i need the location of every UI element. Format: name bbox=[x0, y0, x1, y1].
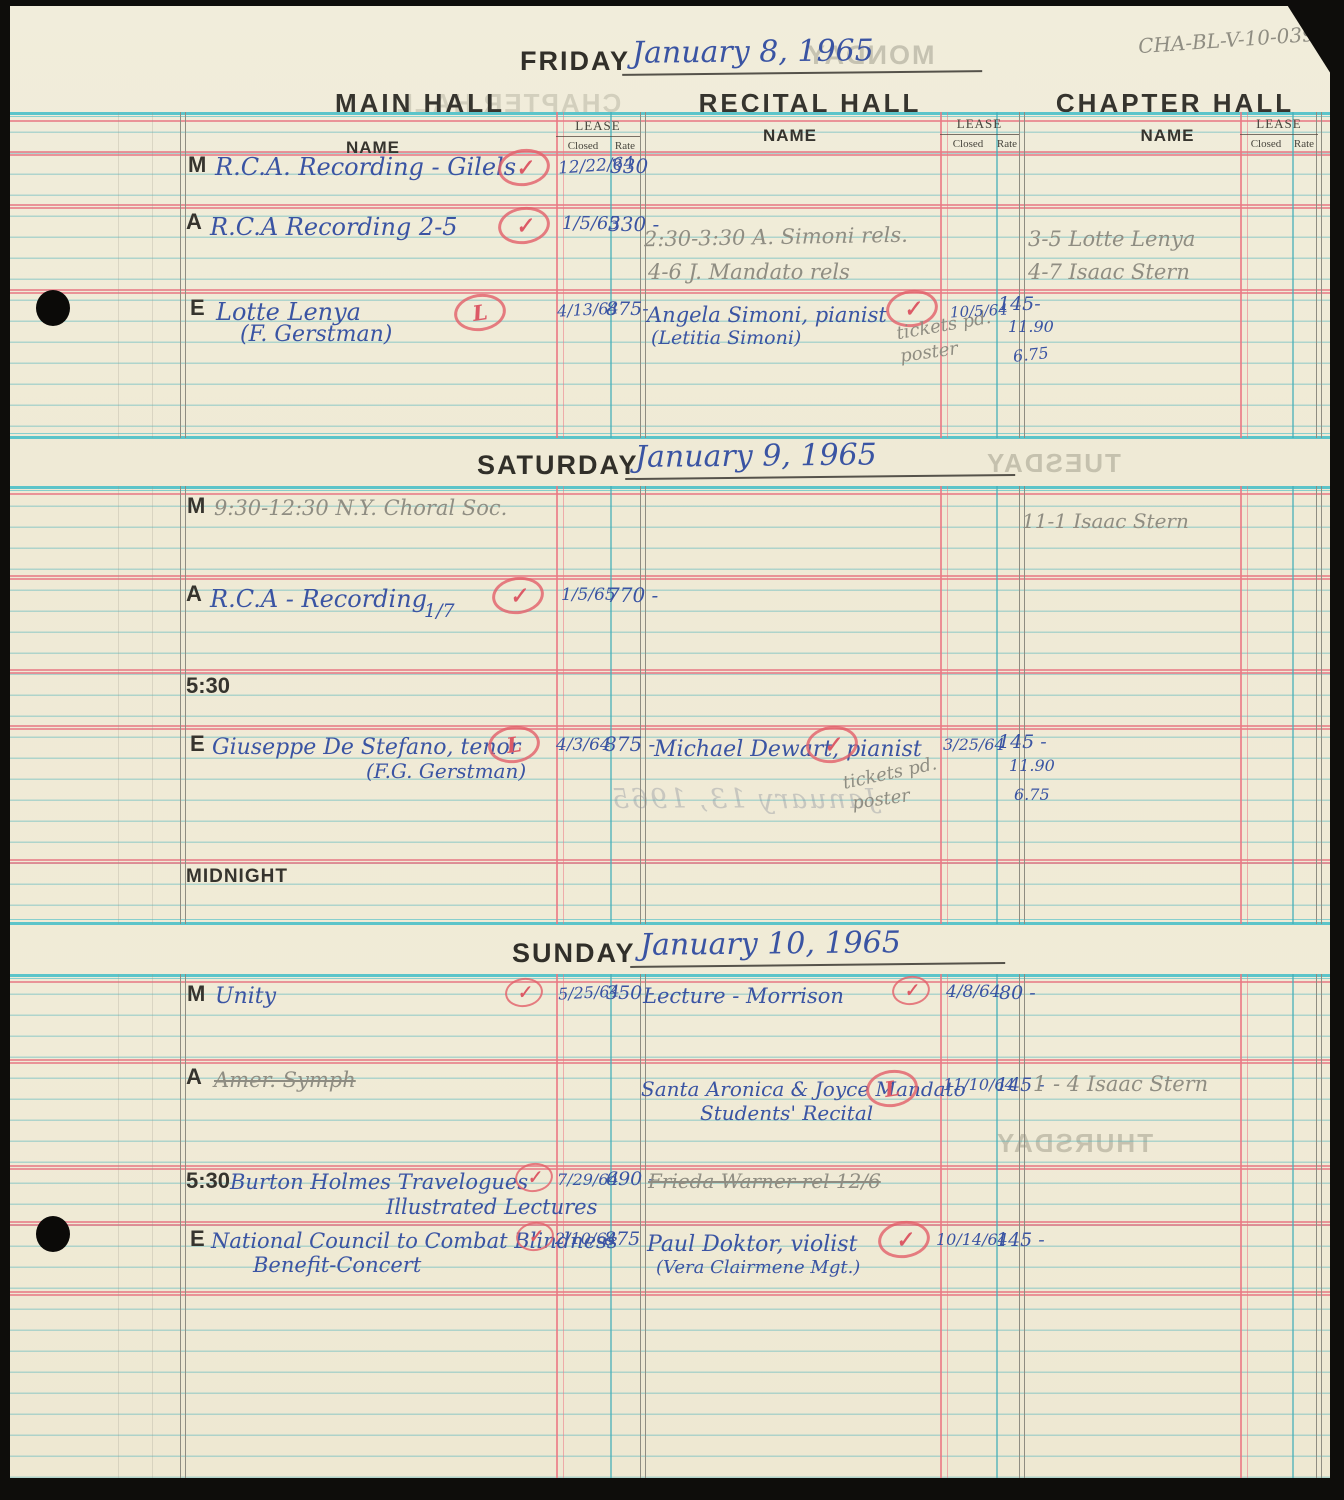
lease-column-header: LEASE bbox=[556, 118, 640, 134]
column-line bbox=[180, 486, 186, 924]
booking-entry-recital: (Vera Clairmene Mgt.) bbox=[656, 1257, 860, 1278]
booking-entry-recital: Michael Dewart, pianist bbox=[654, 737, 922, 762]
booking-entry-recital: Angela Simoni, pianist bbox=[647, 303, 887, 327]
column-line bbox=[610, 486, 612, 924]
booking-entry-main: (F. Gerstman) bbox=[240, 322, 392, 347]
booking-entry-main: Burton Holmes Travelogues bbox=[230, 1170, 528, 1194]
mark-glyph: ✓ bbox=[894, 1226, 915, 1253]
booking-entry-main: (F.G. Gerstman) bbox=[366, 759, 526, 783]
ledger-paper: MONDAY CHAPTER HALL TUESDAY January 13, … bbox=[10, 6, 1330, 1478]
booking-entry-main: Giuseppe De Stefano, tenor bbox=[212, 735, 520, 760]
lease-closed-date: 3/25/64 bbox=[943, 735, 1005, 754]
punch-hole bbox=[36, 290, 70, 326]
rate-column-header: Rate bbox=[610, 140, 640, 152]
closed-column-header: Closed bbox=[940, 138, 996, 150]
lease-closed-date: 4/3/64 bbox=[556, 735, 611, 755]
booking-entry-recital: 2:30-3:30 A. Simoni rels. bbox=[644, 223, 908, 252]
column-line bbox=[940, 486, 948, 924]
lease-rate: 770 - bbox=[607, 583, 658, 607]
column-line bbox=[1316, 486, 1322, 924]
booking-entry-chapter: 11-1 Isaac Stern bbox=[1022, 509, 1189, 533]
column-line bbox=[1019, 112, 1025, 438]
lease-column-header: LEASE bbox=[1240, 116, 1318, 132]
column-line bbox=[640, 486, 646, 924]
lease-rate: 875- bbox=[606, 298, 649, 320]
rate-addition: 6.75 bbox=[1014, 785, 1050, 804]
booking-entry-main: R.C.A Recording 2-5 bbox=[210, 213, 458, 241]
day-label-saturday: SATURDAY bbox=[477, 450, 639, 481]
mark-glyph: ✓ bbox=[527, 1226, 544, 1248]
lease-rate: 875 bbox=[604, 1228, 640, 1250]
ghost-column-line bbox=[152, 112, 153, 438]
saturday-columns bbox=[10, 486, 1330, 924]
booking-entry-main: 9:30-12:30 N.Y. Choral Soc. bbox=[214, 496, 507, 520]
booking-entry-chapter: 4-7 Isaac Stern bbox=[1028, 260, 1190, 284]
row-time-label: M bbox=[188, 152, 206, 178]
lease-rate: 80 - bbox=[999, 982, 1036, 1004]
ghost-column-line bbox=[118, 112, 119, 438]
lease-rate: 145 - bbox=[998, 731, 1047, 753]
column-line bbox=[1316, 974, 1322, 1478]
lease-rate: 145 - bbox=[996, 1229, 1045, 1251]
day-label-friday: FRIDAY bbox=[520, 46, 630, 77]
mark-glyph: L bbox=[505, 731, 523, 758]
row-time-label: E bbox=[190, 295, 205, 321]
rate-addition: 11.90 bbox=[1009, 756, 1055, 775]
column-line bbox=[1292, 112, 1294, 438]
sunday-columns bbox=[10, 974, 1330, 1478]
booking-entry-main: Benefit-Concert bbox=[253, 1253, 421, 1277]
column-line bbox=[996, 486, 998, 924]
column-line bbox=[940, 974, 948, 1478]
torn-corner bbox=[1284, 0, 1336, 82]
booking-entry-main: Unity bbox=[215, 984, 276, 1009]
column-line bbox=[1019, 486, 1025, 924]
row-time-label: A bbox=[186, 209, 202, 235]
booking-entry-main: Illustrated Lectures bbox=[386, 1195, 597, 1219]
day-label-sunday: SUNDAY bbox=[512, 938, 636, 969]
rate-addition: 11.90 bbox=[1008, 317, 1054, 336]
booking-entry-recital: Lecture - Morrison bbox=[643, 984, 844, 1008]
column-line bbox=[556, 486, 564, 924]
booking-entry-chapter: 1 - 4 Isaac Stern bbox=[1033, 1072, 1208, 1096]
booking-entry-main: R.C.A - Recording bbox=[210, 585, 427, 613]
row-time-label: M bbox=[187, 981, 205, 1007]
lease-column-header: LEASE bbox=[940, 116, 1019, 132]
strikethrough-entry-main: Amer. Symph bbox=[214, 1068, 356, 1092]
ghost-column-line bbox=[152, 974, 153, 1478]
name-column-header: NAME bbox=[640, 126, 940, 146]
booking-entry-main: 1/7 bbox=[424, 600, 455, 622]
mark-glyph: ✓ bbox=[822, 731, 843, 758]
row-time-label: A bbox=[186, 581, 202, 607]
lease-rate: 875 - bbox=[604, 732, 655, 756]
date-saturday: January 9, 1965 bbox=[625, 436, 1015, 480]
booking-entry-recital: Students' Recital bbox=[700, 1101, 873, 1125]
booking-entry-main: R.C.A. Recording - Gilels bbox=[215, 153, 516, 181]
column-line bbox=[556, 974, 564, 1478]
mark-glyph: ✓ bbox=[508, 582, 529, 609]
lease-closed-date: 4/8/64 bbox=[946, 982, 1001, 1002]
column-line bbox=[1292, 974, 1294, 1478]
column-line bbox=[1240, 974, 1248, 1478]
mark-glyph: ✓ bbox=[903, 980, 920, 1002]
booking-entry-recital: (Letitia Simoni) bbox=[651, 327, 801, 349]
column-line bbox=[1292, 486, 1294, 924]
column-line bbox=[1316, 112, 1322, 438]
column-line bbox=[1240, 112, 1248, 438]
booking-entry-chapter: 3-5 Lotte Lenya bbox=[1028, 227, 1195, 251]
column-line bbox=[640, 974, 646, 1478]
column-line bbox=[1240, 486, 1248, 924]
column-line bbox=[610, 974, 612, 1478]
lease-rate: 145- bbox=[998, 293, 1041, 315]
row-time-label: MIDNIGHT bbox=[186, 866, 288, 888]
column-line bbox=[940, 112, 948, 438]
mark-glyph: L bbox=[471, 299, 489, 326]
rate-column-header: Rate bbox=[994, 138, 1020, 150]
column-line bbox=[996, 974, 998, 1478]
row-time-label: 5:30 bbox=[186, 1168, 230, 1194]
mark-glyph: ✓ bbox=[516, 982, 533, 1004]
punch-hole bbox=[36, 1216, 70, 1252]
closed-column-header: Closed bbox=[1240, 138, 1292, 150]
rule-line bbox=[556, 136, 640, 137]
rule-line bbox=[1240, 134, 1318, 135]
lease-rate: 330 bbox=[610, 154, 648, 178]
mark-glyph: L bbox=[883, 1075, 901, 1102]
rule-line bbox=[940, 134, 1019, 135]
booking-entry-recital: Paul Doktor, violist bbox=[647, 1232, 857, 1257]
strikethrough-entry-recital: Frieda Warner rel 12/6 bbox=[648, 1169, 881, 1193]
column-line bbox=[1019, 974, 1025, 1478]
column-line bbox=[180, 974, 186, 1478]
rate-addition: 6.75 bbox=[1012, 343, 1049, 366]
row-time-label: E bbox=[190, 1226, 205, 1252]
mark-glyph: ✓ bbox=[514, 154, 535, 181]
booking-entry-recital: 4-6 J. Mandato rels bbox=[648, 260, 850, 284]
ghost-column-line bbox=[118, 486, 119, 924]
mark-glyph: ✓ bbox=[514, 212, 535, 239]
row-time-label: M bbox=[187, 493, 205, 519]
column-line bbox=[996, 112, 998, 438]
row-time-label: E bbox=[190, 731, 205, 757]
column-line bbox=[180, 112, 186, 438]
date-friday: January 8, 1965 bbox=[622, 32, 982, 76]
mark-glyph: ✓ bbox=[526, 1167, 543, 1189]
closed-column-header: Closed bbox=[556, 140, 610, 152]
row-time-label: A bbox=[186, 1064, 202, 1090]
row-time-label: 5:30 bbox=[186, 673, 230, 699]
scanned-ledger-image: MONDAY CHAPTER HALL TUESDAY January 13, … bbox=[0, 0, 1344, 1500]
ghost-column-line bbox=[152, 486, 153, 924]
date-sunday: January 10, 1965 bbox=[630, 924, 1005, 968]
rate-column-header: Rate bbox=[1290, 138, 1318, 150]
ghost-column-line bbox=[118, 974, 119, 1478]
